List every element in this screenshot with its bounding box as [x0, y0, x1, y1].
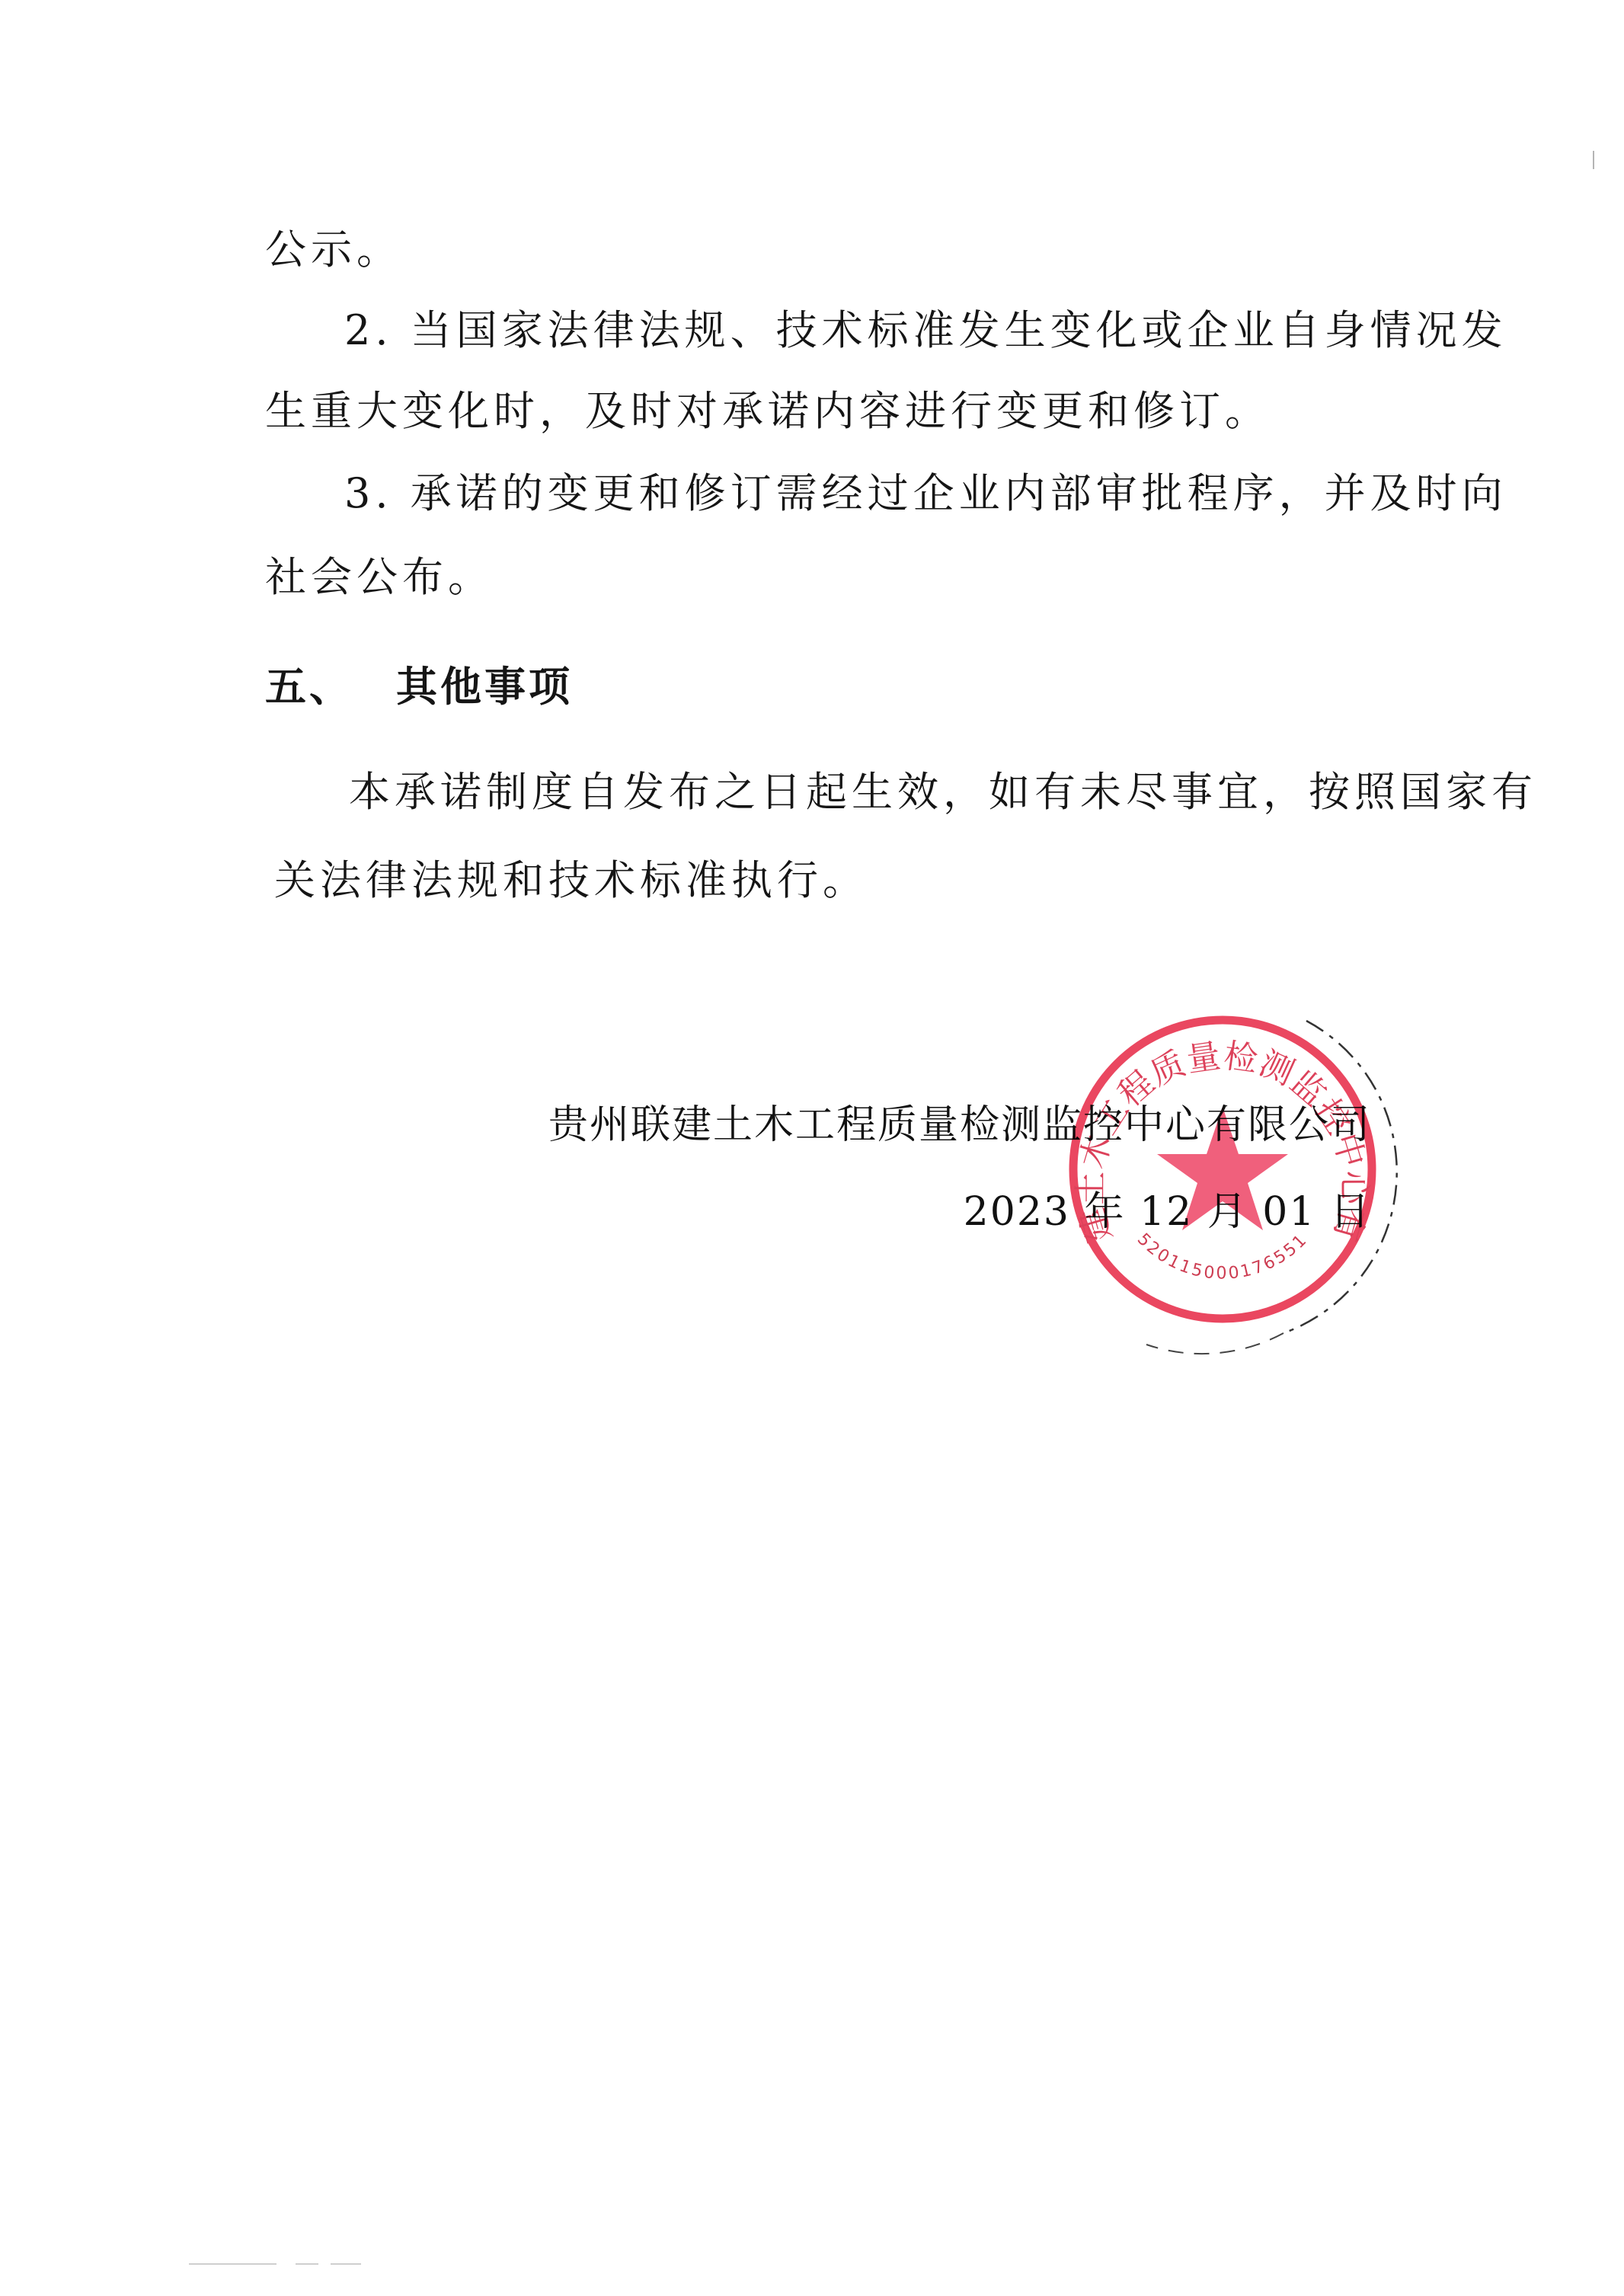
section-title: 其他事项 [396, 663, 573, 711]
paragraph-line: 公示。 [265, 225, 402, 274]
document-page: 公示。 2. 当国家法律法规、技术标准发生变化或企业自身情况发 生重大变化时，及… [0, 0, 1624, 2296]
list-item-3-line-2: 社会公布。 [265, 553, 494, 602]
list-item-2-line-1: 2. 当国家法律法规、技术标准发生变化或企业自身情况发 [344, 306, 1507, 355]
list-item-2-line-2: 生重大变化时，及时对承诺内容进行变更和修订。 [265, 387, 1271, 436]
scan-artifact-line [331, 2263, 361, 2265]
star-icon [1157, 1107, 1288, 1230]
stamp-code-text: 520115000176551 [1133, 1230, 1312, 1283]
official-seal-stamp: 贵州联建土木工程质量检测监控中心有限公司 520115000176551 [1063, 1009, 1383, 1329]
closing-paragraph-line-1: 本承诺制度自发布之日起生效，如有未尽事宜，按照国家有 [349, 768, 1537, 817]
section-number: 五、 [265, 663, 353, 711]
scan-artifact-line [296, 2263, 318, 2265]
section-heading: 五、其他事项 [265, 663, 573, 712]
list-item-3-line-1: 3. 承诺的变更和修订需经过企业内部审批程序，并及时向 [344, 469, 1507, 518]
scan-artifact-line [189, 2263, 277, 2265]
closing-paragraph-line-2: 关法律法规和技术标准执行。 [274, 856, 868, 905]
scan-artifact-mark [1593, 151, 1594, 169]
